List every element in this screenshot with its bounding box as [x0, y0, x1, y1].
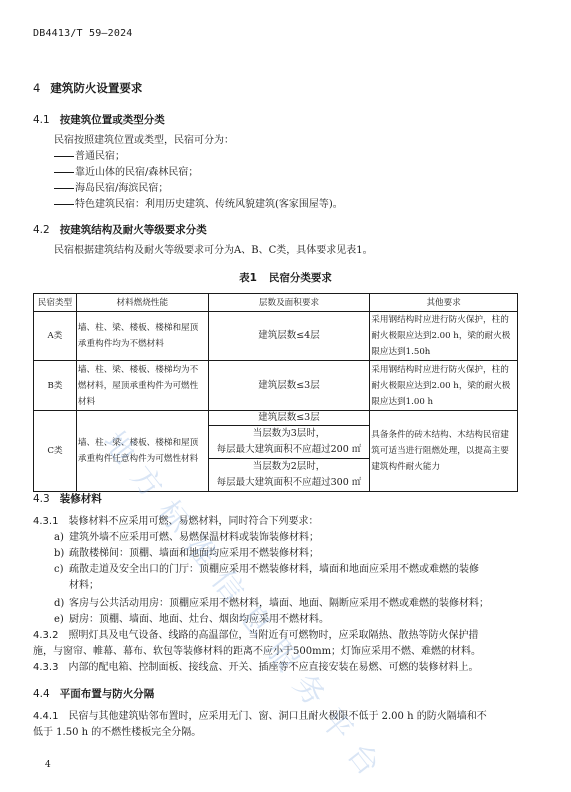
- section-title: 装修材料: [60, 493, 102, 505]
- cell-type: C类: [34, 411, 77, 492]
- section-title: 建筑防火设置要求: [50, 81, 142, 95]
- section-4-3-heading: 4.3装修材料: [33, 491, 102, 506]
- cell-floors: 当层数为3层时， 每层最大建筑面积不应超过200 ㎡: [208, 426, 370, 459]
- section-4-heading: 4建筑防火设置要求: [33, 80, 142, 96]
- cell-type: B类: [34, 361, 77, 411]
- section-title: 平面布置与防火分隔: [60, 688, 155, 700]
- table-header-row: 民宿类型 材料燃烧性能 层数及面积要求 其他要求: [34, 294, 518, 312]
- clause-4-4-1: 4.4.1民宿与其他建筑贴邻布置时，应采用无门、窗、洞口且耐火极限不低于 2.0…: [33, 709, 487, 725]
- section-title: 按建筑位置或类型分类: [60, 114, 165, 126]
- header-cell: 民宿类型: [34, 294, 77, 312]
- clause-4-3-2: 4.3.2照明灯具及电气设备、线路的高温部位，当附近有可燃物时，应采取隔热、散热…: [33, 628, 478, 644]
- cell-floors: 当层数为2层时， 每层最大建筑面积不应超过300 ㎡: [208, 459, 370, 492]
- list-item-continuation: 材料；: [69, 578, 99, 594]
- header-cell: 其他要求: [370, 294, 518, 312]
- header-cell: 层数及面积要求: [208, 294, 370, 312]
- list-item: 靠近山体的民宿/森林民宿；: [54, 165, 198, 181]
- clause-4-3-1: 4.3.1装修材料不应采用可燃、易燃材料，同时符合下列要求：: [33, 514, 318, 530]
- list-item: b)疏散楼梯间：顶棚、墙面和地面均应采用不燃装修材料；: [54, 546, 319, 562]
- clause-4-3-3: 4.3.3内部的配电箱、控制面板、接线盒、开关、插座等不应直接安装在易燃、可燃的…: [33, 660, 478, 676]
- clause-4-3-2-cont: 施，与窗帘、帷幕、幕布、软包等装修材料的距离不应小于500mm；灯饰应采用不燃、…: [33, 644, 481, 660]
- cell-material: 墙、柱、梁、楼板、楼梯均为不燃材料，屋顶承重构件为可燃性材料: [76, 361, 208, 411]
- list-item: d)客房与公共活动用房：顶棚应采用不燃材料，墙面、地面、隔断应采用不燃或难燃的装…: [54, 596, 489, 612]
- table-row: C类 墙、柱、梁、楼板、楼梯和屋顶承重构件任意构件为可燃性材料 建筑层数≤3层 …: [34, 411, 518, 426]
- paragraph: 民宿按照建筑位置或类型，民宿可分为：: [54, 133, 234, 149]
- table-row: A类 墙、柱、梁、楼板、楼梯和屋顶承重构件均为不燃材料 建筑层数≤4层 采用钢结…: [34, 312, 518, 361]
- list-item: e)厨房：顶棚、墙面、地面、灶台、烟囱均应采用不燃材料。: [54, 612, 329, 628]
- cell-other: 采用钢结构时应进行防火保护，柱的耐火极限应达到2.00 h，梁的耐火极限应达到1…: [370, 312, 518, 361]
- list-item: a)建筑外墙不应采用可燃、易燃保温材料或装饰装修材料；: [54, 530, 319, 546]
- cell-other: 采用钢结构时应进行防火保护，柱的耐火极限应达到2.00 h，梁的耐火极限应达到1…: [370, 361, 518, 411]
- dash-bullet: [54, 204, 74, 206]
- list-item: 海岛民宿/海滨民宿；: [54, 181, 168, 197]
- cell-material: 墙、柱、梁、楼板、楼梯和屋顶承重构件任意构件为可燃性材料: [76, 411, 208, 492]
- cell-type: A类: [34, 312, 77, 361]
- section-4-4-heading: 4.4平面布置与防火分隔: [33, 686, 154, 701]
- section-number: 4.4: [33, 688, 50, 700]
- section-4-1-heading: 4.1按建筑位置或类型分类: [33, 112, 165, 127]
- cell-other: 具备条件的砖木结构、木结构民宿建筑可适当进行阻燃处理，以提高主要建筑构件耐火能力: [370, 411, 518, 492]
- section-number: 4.3: [33, 493, 50, 505]
- section-number: 4.1: [33, 114, 50, 126]
- header-cell: 材料燃烧性能: [76, 294, 208, 312]
- list-item: 特色建筑民宿：利用历史建筑、传统风貌建筑(客家围屋等)。: [54, 197, 343, 213]
- page-number: 4: [45, 760, 51, 770]
- dash-bullet: [54, 188, 74, 190]
- table-row: B类 墙、柱、梁、楼板、楼梯均为不燃材料，屋顶承重构件为可燃性材料 建筑层数≤3…: [34, 361, 518, 411]
- cell-floors: 建筑层数≤4层: [208, 312, 370, 361]
- cell-material: 墙、柱、梁、楼板、楼梯和屋顶承重构件均为不燃材料: [76, 312, 208, 361]
- dash-bullet: [54, 156, 74, 158]
- cell-floors: 建筑层数≤3层: [208, 411, 370, 426]
- classification-table: 民宿类型 材料燃烧性能 层数及面积要求 其他要求 A类 墙、柱、梁、楼板、楼梯和…: [33, 293, 518, 492]
- clause-4-4-1-cont: 低于 1.50 h 的不燃性楼板完全分隔。: [33, 725, 201, 741]
- cell-floors: 建筑层数≤3层: [208, 361, 370, 411]
- list-item: c)疏散走道及安全出口的门厅：顶棚应采用不燃装修材料，墙面和地面应采用不燃或难燃…: [54, 562, 479, 578]
- section-title: 按建筑结构及耐火等级要求分类: [60, 224, 207, 236]
- table-caption: 表1民宿分类要求: [0, 270, 571, 285]
- section-4-2-heading: 4.2按建筑结构及耐火等级要求分类: [33, 222, 207, 237]
- list-item: 普通民宿；: [54, 149, 125, 165]
- section-number: 4: [33, 81, 40, 95]
- section-number: 4.2: [33, 224, 50, 236]
- dash-bullet: [54, 172, 74, 174]
- paragraph: 民宿根据建筑结构及耐火等级要求可分为A、B、C类，具体要求见表1。: [54, 243, 373, 259]
- document-code: DB4413/T 59—2024: [33, 28, 133, 39]
